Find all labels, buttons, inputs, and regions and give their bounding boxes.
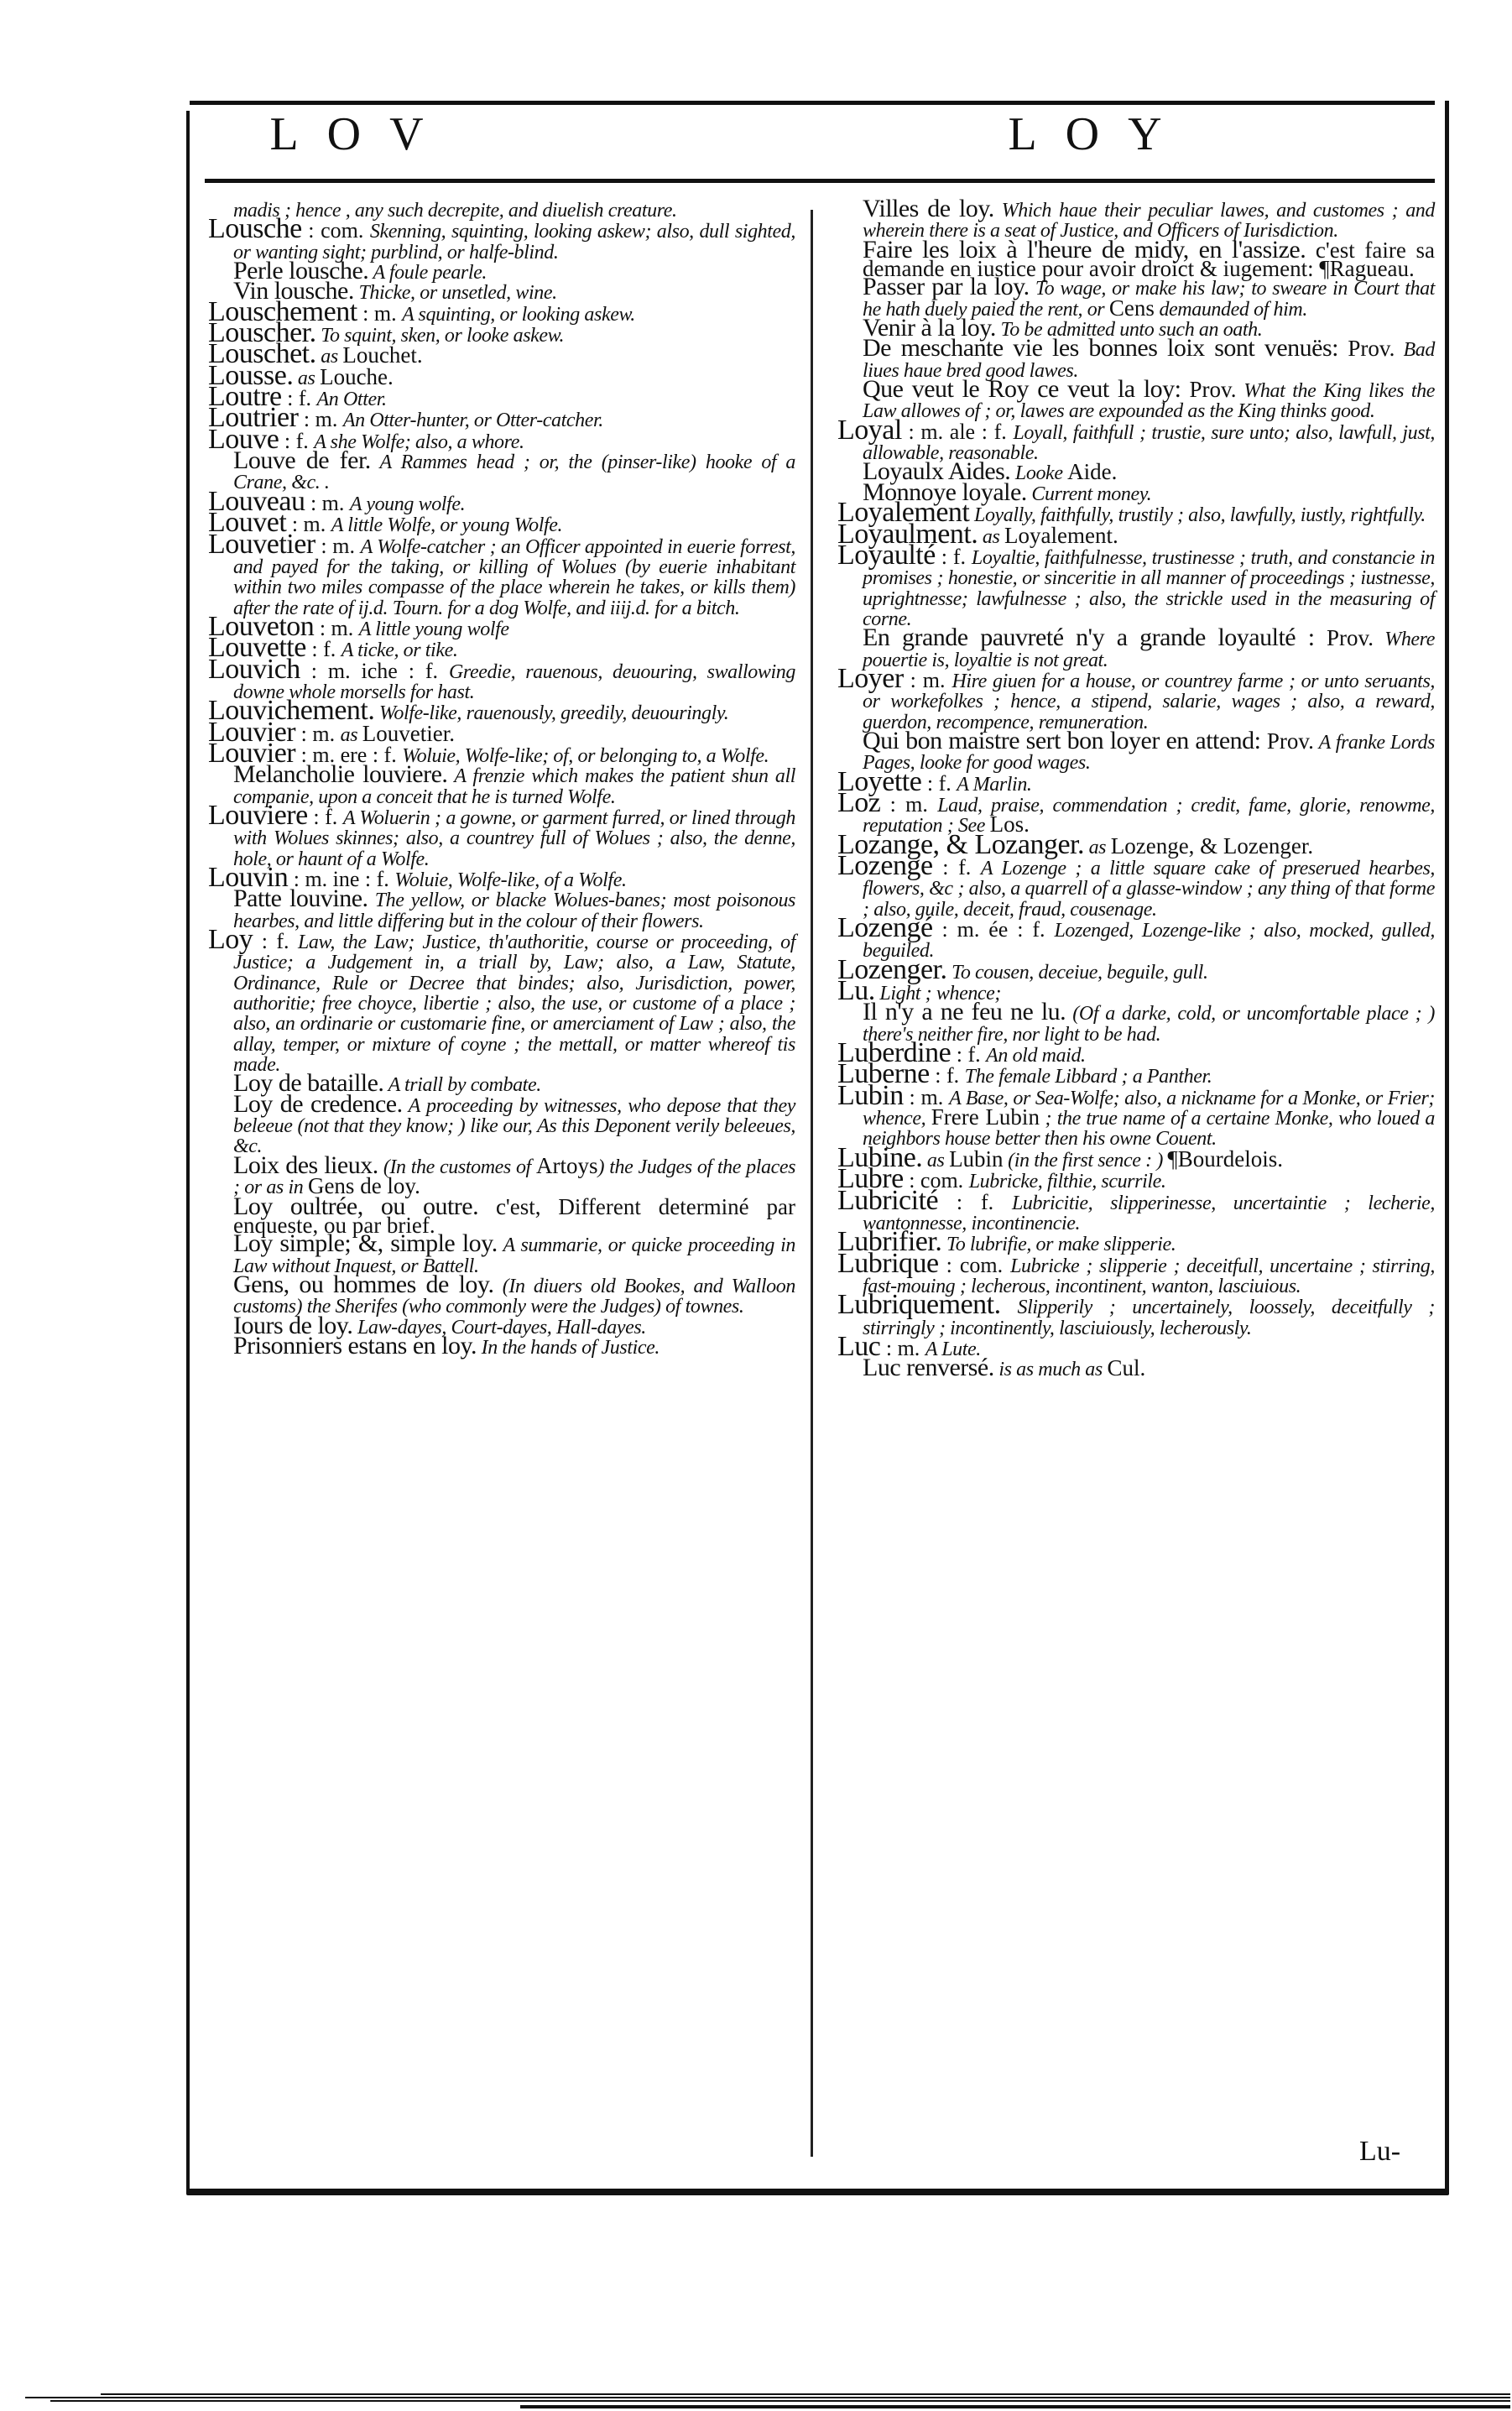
left-column: madis ; hence , any such decrepite, and … <box>208 200 795 1357</box>
sub-entry: De meschante vie les bonnes loix sont ve… <box>837 339 1435 380</box>
dictionary-entry: Loyaulté : f. Loyaltie, faithfulnesse, t… <box>837 546 1435 629</box>
grammar-label: : f. <box>936 545 972 569</box>
headword: Loy de credence. <box>233 1090 403 1118</box>
definition: Current money. <box>1027 483 1151 505</box>
grammar-label: : m. ale : f. <box>902 420 1014 444</box>
headword: Passer par la loy. <box>863 273 1030 300</box>
grammar-label: : f. <box>938 1190 1012 1214</box>
headword: Gens, ou hommes de loy. <box>233 1271 493 1298</box>
definition: is as much as <box>994 1359 1108 1380</box>
definition: A squinting, or looking askew. <box>402 304 635 326</box>
headword: Prisonniers estans en loy. <box>233 1332 477 1359</box>
header-rule <box>205 179 1435 183</box>
grammar-label: : m. <box>880 792 937 817</box>
sub-entry: Luc renversé. is as much as Cul. <box>837 1359 1435 1379</box>
headword: Lozenge <box>837 850 933 881</box>
definition: A triall by combate. <box>383 1074 540 1096</box>
dictionary-entry: Louvetier : m. A Wolfe-catcher ; an Offi… <box>208 535 795 618</box>
dictionary-entry: Louschet. as Louchet. <box>208 345 795 366</box>
dictionary-entry: Loyette : f. A Marlin. <box>837 773 1435 794</box>
headword: En grande pauvreté n'y a grande loyaulté… <box>863 624 1315 651</box>
dictionary-entry: Lubriquement. Slipperily ; uncertainely,… <box>837 1296 1435 1338</box>
grammar-label: : m. ée : f. <box>933 917 1055 942</box>
definition: Woluie, Wolfe-like; of, or belonging to,… <box>402 745 769 767</box>
headword: Loz <box>837 787 880 818</box>
headword: Loyaulté <box>837 540 936 571</box>
headword: Loyal <box>837 415 902 446</box>
definition: In the hands of Justice. <box>477 1337 660 1359</box>
headword: Patte louvine. <box>233 885 368 912</box>
french-text: Louche. <box>320 364 394 389</box>
definition: as <box>978 526 1004 548</box>
dictionary-entry: Lozenger. To cousen, deceiue, beguile, g… <box>837 961 1435 982</box>
sub-entry: Villes de loy. Which haue their peculiar… <box>837 200 1435 241</box>
headword: Loy simple; &, simple loy. <box>233 1229 498 1257</box>
headword: Lozengé <box>837 912 933 943</box>
bottom-border-rule <box>186 2189 1449 2195</box>
headword: Melancholie louviere. <box>233 760 447 788</box>
headword: Lubriquement. <box>837 1289 1001 1320</box>
french-text: Aide. <box>1067 459 1117 484</box>
dictionary-entry: Lubine. as Lubin (in the first sence : )… <box>837 1149 1435 1170</box>
dictionary-entry: Loy : f. Law, the Law; Justice, th'autho… <box>208 931 795 1074</box>
sub-entry: Loix des lieux. (In the customes of Arto… <box>208 1156 795 1198</box>
grammar-label: : f. <box>253 929 298 953</box>
headword: Louvetier <box>208 529 315 560</box>
sub-entry: Loy de credence. A proceeding by witness… <box>208 1095 795 1156</box>
definition: The female Libbard ; a Panther. <box>965 1066 1212 1088</box>
french-text: Prov. <box>1181 377 1237 402</box>
french-text: Prov. <box>1338 336 1395 361</box>
headword: Lubricité <box>837 1185 938 1216</box>
grammar-label: : f. <box>933 855 981 879</box>
french-text: Prov. <box>1261 728 1314 754</box>
sub-entry: En grande pauvreté n'y a grande loyaulté… <box>837 629 1435 670</box>
definition: A Marlin. <box>957 774 1031 796</box>
definition: Law, the Law; Justice, th'authoritie, co… <box>233 932 795 1076</box>
headword: Lubrique <box>837 1248 939 1279</box>
right-column: Villes de loy. Which haue their peculiar… <box>837 200 1435 1380</box>
dictionary-entry: Louvichement. Wolfe-like, rauenously, gr… <box>208 702 795 723</box>
dictionary-entry: Lubin : m. A Base, or Sea-Wolfe; also, a… <box>837 1087 1435 1149</box>
dictionary-page: LOV LOY madis ; hence , any such decrepi… <box>0 0 1512 2411</box>
running-head-left: LOV <box>252 107 470 161</box>
sub-entry: Patte louvine. The yellow, or blacke Wol… <box>208 890 795 931</box>
grammar-label: : m. iche : f. <box>300 659 449 683</box>
headword: Il n'y a ne feu ne lu. <box>863 998 1066 1025</box>
grammar-label: : m. <box>357 301 402 326</box>
definition: A little young wolfe <box>359 618 509 640</box>
sub-entry: Que veut le Roy ce veut la loy: Prov. Wh… <box>837 380 1435 421</box>
headword: Lousche <box>208 213 302 244</box>
dictionary-entry: Luberne : f. The female Libbard ; a Pant… <box>837 1065 1435 1086</box>
french-text: Prov. <box>1315 625 1374 650</box>
top-border-rule <box>190 101 1435 105</box>
definition: as <box>1084 837 1111 858</box>
sub-entry: Qui bon maistre sert bon loyer en attend… <box>837 732 1435 773</box>
left-border-rule <box>186 111 190 2192</box>
grammar-label: : m. <box>315 534 361 558</box>
sub-entry: Gens, ou hommes de loy. (In diuers old B… <box>208 1276 795 1317</box>
grammar-label: : com. <box>939 1253 1010 1277</box>
headword: Luc renversé. <box>863 1354 994 1381</box>
french-text: Cens <box>1109 295 1155 321</box>
definition: demaunded of him. <box>1155 299 1307 321</box>
french-text: Loyalement. <box>1004 523 1118 548</box>
dictionary-entry: Lousche : com. Skenning, squinting, look… <box>208 220 795 262</box>
definition: An old maid. <box>986 1045 1086 1067</box>
headword: Loy <box>208 924 253 955</box>
headword: Villes de loy. <box>863 195 994 222</box>
definition: A young wolfe. <box>350 493 465 515</box>
column-divider <box>811 210 813 2157</box>
headword: Que veut le Roy ce veut la loy: <box>863 375 1181 403</box>
headword: Lubin <box>837 1080 904 1111</box>
french-text: Cul. <box>1107 1355 1145 1380</box>
definition: (in the first sence : ) <box>1004 1150 1168 1172</box>
grammar-label: : f. <box>308 805 343 829</box>
sub-entry: Passer par la loy. To wage, or make his … <box>837 278 1435 319</box>
dictionary-entry: Louviere : f. A Woluerin ; a gowne, or g… <box>208 806 795 869</box>
french-text: ¶Bourdelois. <box>1168 1146 1283 1172</box>
dictionary-entry: Louvier : m. as Louvetier. <box>208 723 795 744</box>
french-text: Frere Lubin <box>931 1104 1040 1130</box>
definition: An Otter-hunter, or Otter-catcher. <box>343 410 603 431</box>
headword: Louvich <box>208 654 300 685</box>
running-head-right: LOY <box>990 107 1208 161</box>
grammar-label: : m. <box>904 668 952 692</box>
grammar-label: : com. <box>302 218 370 243</box>
right-border-rule <box>1445 101 1449 2194</box>
sub-entry: Prisonniers estans en loy. In the hands … <box>208 1337 795 1357</box>
headword: Louviere <box>208 800 308 831</box>
dictionary-entry: Loyer : m. Hire giuen for a house, or co… <box>837 670 1435 732</box>
scan-edge-artifact <box>0 2392 1512 2411</box>
dictionary-entry: Lousse. as Louche. <box>208 367 795 388</box>
definition: A little Wolfe, or young Wolfe. <box>331 514 562 536</box>
french-text: Lozenge, & Lozenger. <box>1111 833 1313 858</box>
dictionary-entry: Lozenge : f. A Lozenge ; a little square… <box>837 857 1435 919</box>
dictionary-entry: Loutrier : m. An Otter-hunter, or Otter-… <box>208 409 795 430</box>
catchword: Lu- <box>1359 2136 1400 2168</box>
headword: Qui bon maistre sert bon loyer en attend… <box>863 727 1261 754</box>
definition: A foule pearle. <box>368 262 487 284</box>
sub-entry: Loy simple; &, simple loy. A summarie, o… <box>208 1234 795 1276</box>
french-text: Artoys <box>536 1153 598 1178</box>
headword: Loyer <box>837 663 904 694</box>
definition: To cousen, deceiue, beguile, gull. <box>947 962 1208 984</box>
dictionary-entry: Louveau : m. A young wolfe. <box>208 493 795 514</box>
headword: Louve de fer. <box>233 446 371 474</box>
headword: De meschante vie les bonnes loix sont ve… <box>863 334 1338 362</box>
dictionary-entry: Loyal : m. ale : f. Loyall, faithfull ; … <box>837 421 1435 463</box>
definition: Woluie, Wolfe-like, of a Wolfe. <box>394 869 626 891</box>
